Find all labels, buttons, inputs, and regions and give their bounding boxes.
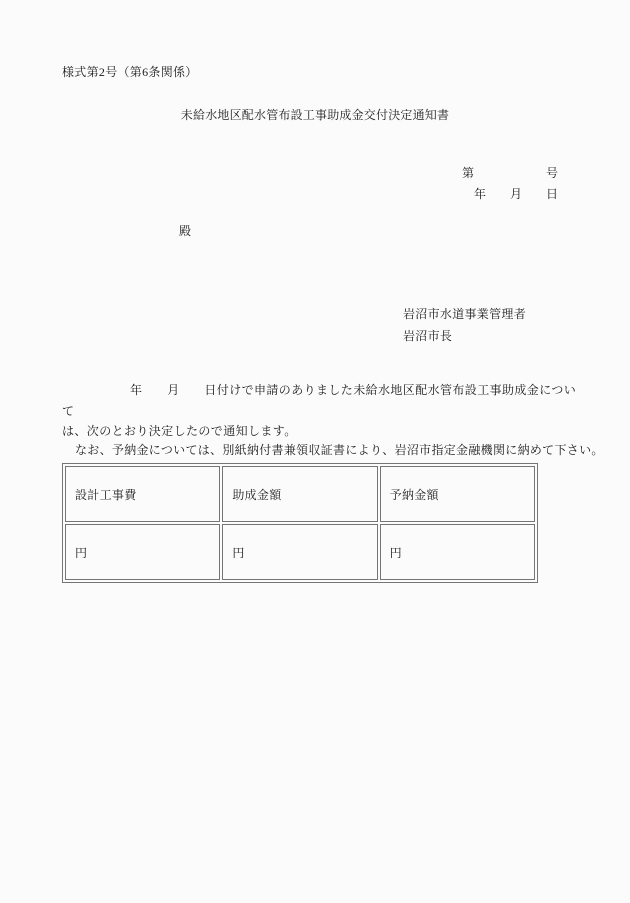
amount-table: 設計工事費 助成金額 予納金額 円 円 円 xyxy=(62,463,538,583)
issuer-name: 岩沼市長 xyxy=(403,325,526,347)
table-header-subsidy-amount: 助成金額 xyxy=(222,466,377,522)
issuer-block: 岩沼市水道事業管理者 岩沼市長 xyxy=(403,303,526,347)
note-paragraph: なお、予納金については、別紙納付書兼領収証書により、岩沼市指定金融機関に納めて下… xyxy=(62,440,602,460)
table-cell-design-cost-value: 円 xyxy=(65,524,220,580)
addressee-honorific: 殿 xyxy=(179,221,191,241)
body-paragraph-line: は、次のとおり決定したので通知します。 xyxy=(62,421,578,442)
form-number: 様式第2号（第6条関係） xyxy=(62,62,198,82)
table-cell-subsidy-amount-value: 円 xyxy=(222,524,377,580)
table-cell-advance-amount-value: 円 xyxy=(380,524,535,580)
issuer-title: 岩沼市水道事業管理者 xyxy=(403,303,526,325)
document-page: { "page": { "background_color": "#fbfbfb… xyxy=(0,0,630,903)
document-number-line: 第 号 xyxy=(462,163,558,184)
amount-table-value-row: 円 円 円 xyxy=(65,524,535,580)
document-date-line: 年 月 日 xyxy=(462,184,558,205)
body-paragraph-line: 年 月 日付けで申請のありました未給水地区配水管布設工事助成金について xyxy=(62,380,578,421)
body-paragraph: 年 月 日付けで申請のありました未給水地区配水管布設工事助成金について は、次の… xyxy=(62,380,578,442)
amount-table-header-row: 設計工事費 助成金額 予納金額 xyxy=(65,466,535,522)
table-header-design-cost: 設計工事費 xyxy=(65,466,220,522)
number-date-block: 第 号 年 月 日 xyxy=(462,163,558,205)
document-title: 未給水地区配水管布設工事助成金交付決定通知書 xyxy=(0,105,630,125)
table-header-advance-amount: 予納金額 xyxy=(380,466,535,522)
